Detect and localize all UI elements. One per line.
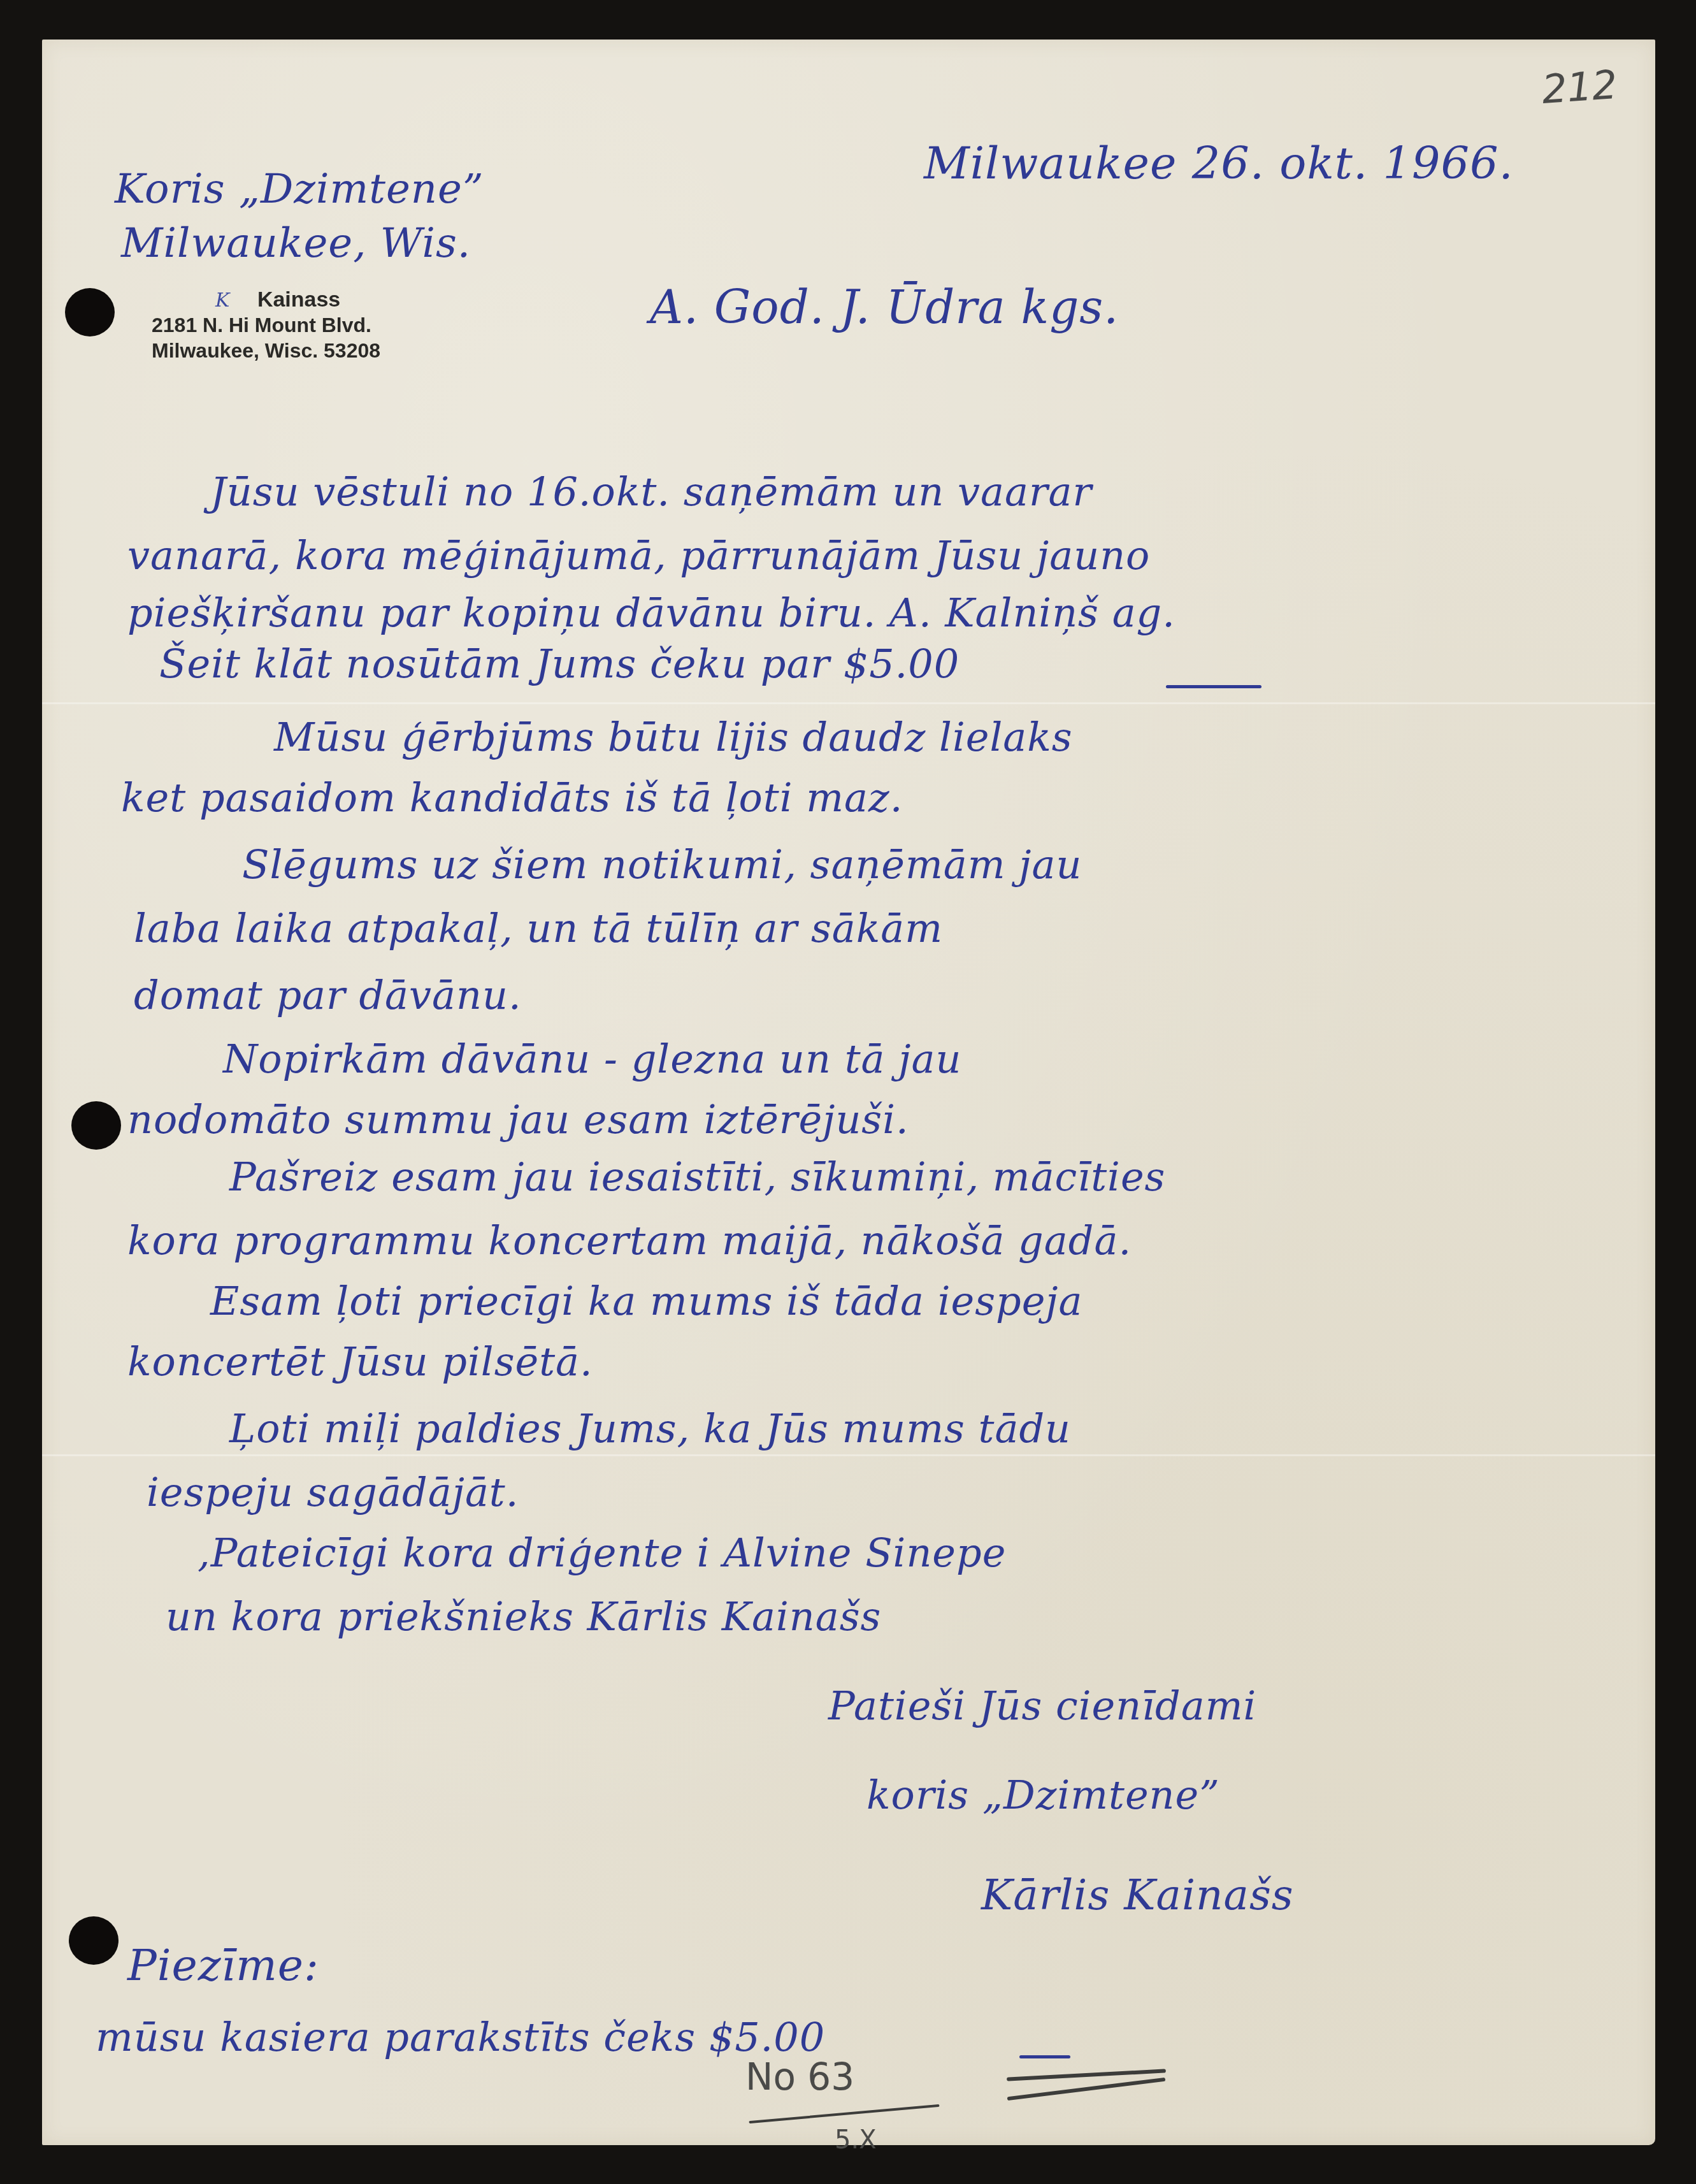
stamp-initial: K — [215, 289, 229, 312]
sender-city: Milwaukee, Wis. — [121, 220, 471, 267]
letterhead-stamp: K Kainass 2181 N. Hi Mount Blvd. Milwauk… — [152, 287, 380, 363]
salutation: A. God. J. Ūdra kgs. — [650, 280, 1119, 334]
paper-fold-line — [42, 1454, 1655, 1456]
date-note: 5.X — [835, 2125, 877, 2155]
place-date: Milwaukee 26. okt. 1966. — [924, 137, 1514, 189]
postscript-text: mūsu kasiera parakstīts čeks $5.00 — [96, 2014, 825, 2060]
archive-page-number: 212 — [1541, 61, 1619, 113]
body-line: Jūsu vēstuli no 16.okt. saņēmām un vaara… — [210, 468, 1092, 515]
body-line: kora programmu koncertam maijā, nākošā g… — [127, 1217, 1132, 1264]
punch-hole-icon — [71, 1101, 121, 1150]
body-line: Ļoti miļi paldies Jums, ka Jūs mums tādu — [229, 1405, 1071, 1452]
stamp-city: Milwaukee, Wisc. 53208 — [152, 338, 380, 363]
punch-hole-icon — [65, 288, 115, 336]
signature: Kārlis Kainašs — [981, 1870, 1294, 1920]
stamp-address: 2181 N. Hi Mount Blvd. — [152, 313, 380, 338]
body-line: piešķiršanu par kopiņu dāvānu biru. A. K… — [127, 589, 1175, 636]
body-line: ket pasaidom kandidāts iš tā ļoti maz. — [121, 774, 903, 821]
postscript-heading: Piezīme: — [127, 1941, 319, 1991]
body-line: koncertēt Jūsu pilsētā. — [127, 1338, 593, 1385]
sender-choir-name: Koris „Dzimtene” — [115, 166, 484, 213]
closing-choir-name: koris „Dzimtene” — [866, 1772, 1220, 1818]
paper-fold-line — [42, 702, 1655, 704]
body-line: Pašreiz esam jau iesaistīti, sīkumiņi, m… — [229, 1153, 1165, 1200]
body-line: vanarā, kora mēģinājumā, pārrunājām Jūsu… — [127, 532, 1150, 579]
body-line: iespeju sagādājāt. — [147, 1469, 519, 1515]
body-line: un kora priekšnieks Kārlis Kainašs — [166, 1593, 881, 1640]
body-line: Šeit klāt nosūtām Jums čeku par $5.00 — [159, 640, 959, 687]
body-line: nodomāto summu jau esam iztērējuši. — [127, 1096, 909, 1143]
amount-underline — [1019, 2055, 1070, 2058]
stamp-name: Kainass — [257, 287, 340, 312]
body-line: ,Pateicīgi kora driģente i Alvine Sinepe — [198, 1530, 1006, 1576]
body-line: Mūsu ģērbjūms būtu lijis daudz lielaks — [274, 714, 1073, 760]
body-line: laba laika atpakaļ, un tā tūlīņ ar sākām — [134, 905, 943, 951]
body-line: domat par dāvānu. — [134, 972, 522, 1018]
punch-hole-icon — [69, 1916, 119, 1965]
receipt-number: No 63 — [745, 2055, 854, 2099]
body-line: Slēgums uz šiem notikumi, saņēmām jau — [242, 841, 1082, 888]
amount-underline — [1166, 685, 1261, 688]
body-line: Esam ļoti priecīgi ka mums iš tāda iespe… — [210, 1278, 1083, 1324]
body-line: Nopirkām dāvānu - glezna un tā jau — [223, 1036, 961, 1082]
closing-phrase: Patieši Jūs cienīdami — [828, 1682, 1256, 1729]
